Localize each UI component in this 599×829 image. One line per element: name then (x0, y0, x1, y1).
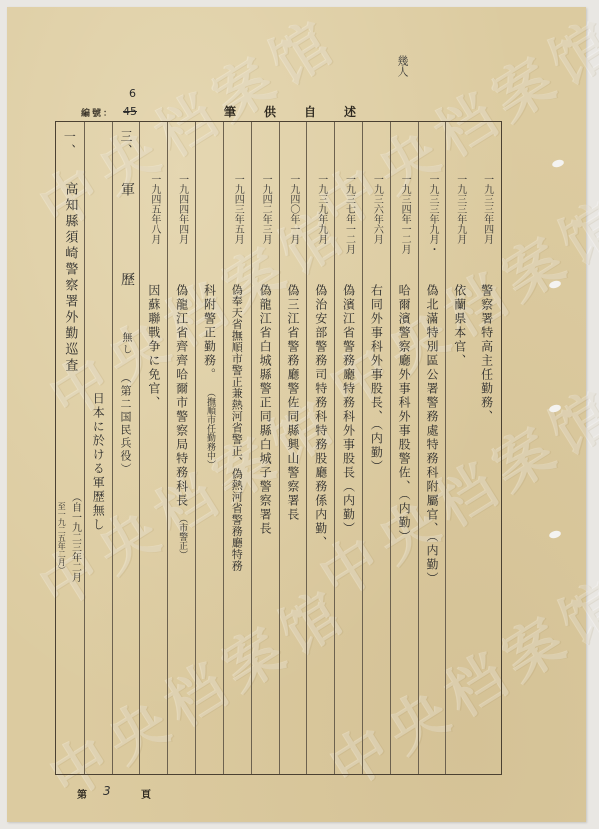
period-from: （自一九二三年二月 (69, 492, 81, 582)
entry-text: 偽三江省警務廳警佐同縣興山警察署長 (287, 284, 299, 522)
footer-suffix: 頁 (141, 786, 151, 801)
footer-prefix: 第 (77, 790, 87, 801)
grid-column: 一、高知縣須崎警察署外勤巡査（自一九二三年二月至一九二五年二月） (56, 122, 84, 774)
ruled-grid: 一九三三年四月警察署特高主任勤務、一九三三年九月依蘭県本官、一九三三年九月・偽北… (55, 121, 502, 775)
serial-label: 編號： (81, 106, 114, 119)
section-number: 一、 (63, 130, 75, 158)
entry-text: 偽北滿特別區公署警務處特務科附屬官、（内勤） (426, 284, 438, 586)
grid-column: 一九四〇年一月偽三江省警務廳警佐同縣興山警察署長 (279, 122, 308, 774)
entry-date: 一九三七年一二月 (344, 174, 354, 254)
grid-column: 三、軍歷無し（第二国民兵役） (112, 122, 141, 774)
entry-date: 一九四三年五月 (232, 174, 242, 244)
entry-date: 一九三四年一二月 (399, 174, 409, 254)
grid-column: 科附警正勤務。（撫順市任勤務中） (195, 122, 224, 774)
grid-column: 一九四二年三月偽龍江省白城縣警正同縣白城子警察署長 (251, 122, 280, 774)
entry-date: 一九三九年九月 (316, 174, 326, 244)
entry-date: 一九四二年三月 (260, 174, 270, 244)
grid-column: 一九三七年一二月偽濱江省警務廳特務科外事股長（内勤） (334, 122, 363, 774)
entry-text: 偽治安部警務司特務科特務股廳務係内勤、 (315, 284, 327, 550)
corner-annotation: 幾人 (394, 55, 410, 77)
grid-column: 一九三六年六月右同外事科外事股長、（内勤） (362, 122, 391, 774)
serial-corrected: 6 (129, 87, 136, 100)
entry-text: 哈爾濱警察廳外事科外事股警佐、（内勤） (398, 284, 410, 544)
grid-column: 一九四四年四月偽龍江省齊齊哈爾市警察局特務科長（市警正） (167, 122, 196, 774)
entry-date: 一九四〇年一月 (288, 174, 298, 244)
grid-column: 一九四三年五月偽奉天省撫順市警正兼熱河省警正、偽熱河省警務廳特務 (223, 122, 252, 774)
entry-date: 一九四五年八月 (149, 174, 159, 244)
page-footer: 第 3 頁 (77, 786, 87, 801)
entry-text: 無し (120, 332, 130, 356)
entry-text: 依蘭県本官、 (454, 284, 466, 368)
grid-column: 一九三四年一二月哈爾濱警察廳外事科外事股警佐、（内勤） (390, 122, 419, 774)
serial-struck: 45 (123, 105, 137, 118)
entry-date: 一九三六年六月 (371, 174, 381, 244)
section-heading: 歷 (120, 272, 134, 288)
entry-date: 一九三三年四月 (482, 174, 492, 244)
entry-text: 高知縣須崎警察署外勤巡査 (63, 182, 76, 374)
entry-text: 右同外事科外事股長、（内勤） (370, 284, 382, 474)
entry-date: 一九四四年四月 (177, 174, 187, 244)
page-number: 3 (103, 784, 111, 798)
entry-date: 一九三三年九月 (455, 174, 465, 244)
form-header: 編號： 6 45 筆供自述 (69, 103, 509, 123)
grid-column: 日本に於ける軍歷無し (84, 122, 113, 774)
grid-column: 一九三九年九月偽治安部警務司特務科特務股廳務係内勤、 (306, 122, 335, 774)
document-sheet: 中央档案馆 中央档案馆 中央档案馆 中央档案馆 中央档案馆 中央档案馆 中央档案… (7, 7, 586, 822)
entry-text: 警察署特高主任勤務、 (481, 284, 493, 424)
punch-hole (551, 159, 564, 169)
entry-text: 偽濱江省警務廳特務科外事股長（内勤） (343, 284, 355, 536)
entry-note: （撫順市任勤務中） (205, 388, 214, 469)
grid-column: 一九四五年八月因蘇聯戰争に免官、 (139, 122, 168, 774)
punch-hole (548, 404, 561, 414)
entry-text: 偽奉天省撫順市警正兼熱河省警正、偽熱河省警務廳特務 (231, 284, 242, 572)
entry-note: （市警正） (177, 514, 186, 559)
grid-column: 一九三三年九月・偽北滿特別區公署警務處特務科附屬官、（内勤） (418, 122, 447, 774)
entry-text: 科附警正勤務。 (203, 284, 215, 382)
period-to: 至一九二五年二月） (57, 502, 66, 574)
entry-text: 日本に於ける軍歷無し (92, 392, 104, 532)
punch-hole (548, 280, 561, 290)
section-number: 三、 (120, 130, 132, 158)
entry-date: 一九三三年九月・ (427, 174, 437, 254)
grid-column: 一九三三年四月警察署特高主任勤務、 (473, 122, 501, 774)
punch-hole (548, 530, 561, 540)
entry-text: 偽龍江省齊齊哈爾市警察局特務科長 (176, 284, 188, 508)
section-heading: 軍 (120, 182, 134, 198)
entry-text: 偽龍江省白城縣警正同縣白城子警察署長 (259, 284, 271, 536)
entry-note: （第二国民兵役） (120, 372, 131, 476)
entry-text: 因蘇聯戰争に免官、 (148, 284, 160, 410)
grid-column: 一九三三年九月依蘭県本官、 (445, 122, 474, 774)
form-title: 筆供自述 (224, 103, 384, 120)
